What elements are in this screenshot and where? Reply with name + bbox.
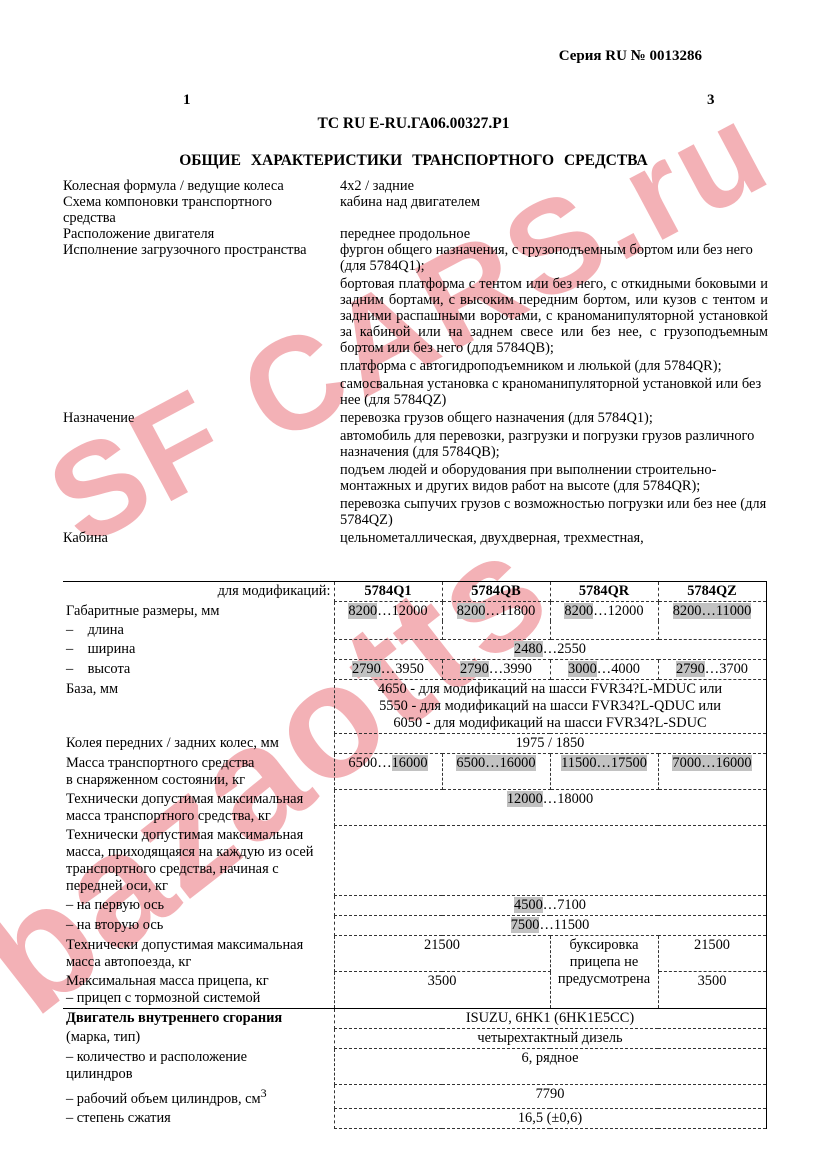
column-header-5784qr: 5784QR [550,582,658,602]
purpose-item: подъем людей и оборудования при выполнен… [340,462,768,494]
engine-type-cell: четырехтактный дизель [334,1028,766,1048]
row-trailer-mass: Максимальная масса прицепа, кг – прицеп … [63,972,766,1009]
curb-mass-cell: 11500…17500 [550,754,658,790]
row-engine-type: (марка, тип) четырехтактный дизель [63,1028,766,1048]
column-header-5784qb: 5784QB [442,582,550,602]
section-title: ОБЩИЕ ХАРАКТЕРИСТИКИ ТРАНСПОРТНОГО СРЕДС… [0,152,827,170]
length-cell: 8200…12000 [334,602,442,640]
row-track: Колея передних / задних колес, мм 1975 /… [63,734,766,754]
axle1-cell: 4500…7100 [334,896,766,916]
spec-value: переднее продольное [340,226,768,242]
curb-mass-cell: 6500…16000 [334,754,442,790]
row-cylinders-label: – количество и расположение цилиндров [63,1048,334,1084]
axle-masses-empty-cell [334,826,766,896]
spec-row-layout-scheme: Схема компоновки транспортного средства … [63,194,768,226]
row-wheelbase-label: База, мм [63,680,334,734]
highlighted-value: 6500…16000 [456,755,535,771]
row-axle1-label: – на первую ось [63,896,334,916]
height-cell: 2790…3990 [442,660,550,680]
no-towing-cell: буксировка прицепа не предусмотрена [550,936,658,1009]
row-engine-make: Двигатель внутреннего сгорания ISUZU, 6H… [63,1008,766,1028]
wheelbase-line: 6050 - для модификаций на шасси FVR34?L-… [338,715,763,732]
curb-mass-cell: 7000…16000 [658,754,766,790]
row-axle-masses: Технически допустимая максимальная масса… [63,826,766,896]
cargo-space-item: платформа с автогидроподъемником и люльк… [340,358,768,374]
length-cell: 8200…11800 [442,602,550,640]
purpose-item: перевозка сыпучих грузов с возможностью … [340,496,768,528]
height-cell: 2790…3700 [658,660,766,680]
trailer-mass-cell: 3500 [334,972,550,1009]
spec-row-purpose: Назначение перевозка грузов общего назна… [63,410,768,530]
highlighted-value: 7500 [511,917,540,933]
highlighted-value: 2790 [352,661,381,677]
highlighted-value: 7000…16000 [672,755,751,771]
height-cell: 3000…4000 [550,660,658,680]
row-engine-type-label: (марка, тип) [63,1028,334,1048]
highlighted-value: 8200…11000 [673,603,752,619]
highlighted-value: 8200 [564,603,593,619]
spec-label: Назначение [63,410,340,426]
row-wheelbase: База, мм 4650 - для модификаций на шасси… [63,680,766,734]
row-axle2-label: – на вторую ось [63,916,334,936]
row-train-mass-label: Технически допустимая максимальная масса… [63,936,334,972]
track-cell: 1975 / 1850 [334,734,766,754]
row-displacement-label: – рабочий объем цилиндров, см3 [63,1084,334,1109]
highlighted-value: 2790 [460,661,489,677]
column-header-5784q1: 5784Q1 [334,582,442,602]
displacement-cell: 7790 [334,1084,766,1109]
spec-label: Колесная формула / ведущие колеса [63,178,340,194]
spec-row-engine-location: Расположение двигателя переднее продольн… [63,226,768,242]
row-width: – ширина 2480…2550 [63,640,766,660]
wheelbase-cell: 4650 - для модификаций на шасси FVR34?L-… [334,680,766,734]
series-number: Серия RU № 0013286 [559,48,702,65]
row-height: – высота 2790…3950 2790…3990 3000…4000 2… [63,660,766,680]
trailer-mass-cell: 3500 [658,972,766,1009]
wheelbase-line: 4650 - для модификаций на шасси FVR34?L-… [338,681,763,698]
highlighted-value: 2790 [676,661,705,677]
mods-header-label: для модификаций: [63,582,334,602]
highlighted-value: 12000 [507,791,543,807]
purpose-item: перевозка грузов общего назначения (для … [340,410,768,426]
train-mass-cell: 21500 [658,936,766,972]
cargo-space-item: фургон общего назначения, с грузоподъемн… [340,242,768,274]
height-cell: 2790…3950 [334,660,442,680]
width-cell: 2480…2550 [334,640,766,660]
cylinders-cell: 6, рядное [334,1048,766,1084]
spec-label: Исполнение загрузочного пространства [63,242,340,258]
highlighted-value: 11500…17500 [561,755,647,771]
row-width-label: – ширина [63,640,334,660]
length-cell: 8200…12000 [550,602,658,640]
row-compression-label: – степень сжатия [63,1109,334,1129]
curb-mass-cell: 6500…16000 [442,754,550,790]
spec-value: перевозка грузов общего назначения (для … [340,410,768,530]
row-compression: – степень сжатия 16,5 (±0,6) [63,1109,766,1129]
engine-make-cell: ISUZU, 6HK1 (6HK1E5CC) [334,1008,766,1028]
row-trailer-mass-label: Максимальная масса прицепа, кг – прицеп … [63,972,334,1009]
length-cell: 8200…11000 [658,602,766,640]
row-engine-label: Двигатель внутреннего сгорания [63,1008,334,1028]
row-max-mass-label: Технически допустимая максимальная масса… [63,790,334,826]
document-content: Серия RU № 0013286 1 3 ТС RU Е-RU.ГА06.0… [0,0,827,1170]
row-max-mass: Технически допустимая максимальная масса… [63,790,766,826]
highlighted-value: 16000 [392,755,428,771]
purpose-item: автомобиль для перевозки, разгрузки и по… [340,428,768,460]
row-cylinders: – количество и расположение цилиндров 6,… [63,1048,766,1084]
spec-value: фургон общего назначения, с грузоподъемн… [340,242,768,410]
train-mass-cell: 21500 [334,936,550,972]
row-dimensions-label: Габаритные размеры, мм [63,602,334,621]
row-dimensions: Габаритные размеры, мм 8200…12000 8200…1… [63,602,766,621]
row-modifications-header: для модификаций: 5784Q1 5784QB 5784QR 57… [63,582,766,602]
max-mass-cell: 12000…18000 [334,790,766,826]
spec-row-wheel-formula: Колесная формула / ведущие колеса 4х2 / … [63,178,768,194]
spec-label: Расположение двигателя [63,226,340,242]
column-header-5784qz: 5784QZ [658,582,766,602]
modifications-table: для модификаций: 5784Q1 5784QB 5784QR 57… [63,581,767,1129]
row-axle-masses-label: Технически допустимая максимальная масса… [63,826,334,896]
page-number-left: 1 [183,92,191,109]
spec-label: Схема компоновки транспортного средства [63,194,340,226]
spec-row-cab: Кабина цельнометаллическая, двухдверная,… [63,530,768,546]
row-axle1: – на первую ось 4500…7100 [63,896,766,916]
highlighted-value: 3000 [568,661,597,677]
row-length-label: – длина [63,621,334,640]
page-number-right: 3 [707,92,715,109]
spec-row-cargo-space: Исполнение загрузочного пространства фур… [63,242,768,410]
approval-number: ТС RU Е-RU.ГА06.00327.Р1 [0,115,827,133]
row-curb-mass-label: Масса транспортного средства в снаряженн… [63,754,334,790]
row-displacement: – рабочий объем цилиндров, см3 7790 [63,1084,766,1109]
row-axle2: – на вторую ось 7500…11500 [63,916,766,936]
spec-label: Кабина [63,530,340,546]
cargo-space-item: самосвальная установка с краноманипулято… [340,376,768,408]
highlighted-value: 2480 [514,641,543,657]
spec-value: 4х2 / задние [340,178,768,194]
highlighted-value: 8200 [348,603,377,619]
spec-value: цельнометаллическая, двухдверная, трехме… [340,530,768,546]
row-height-label: – высота [63,660,334,680]
cargo-space-item: бортовая платформа с тентом или без него… [340,276,768,356]
document-page: SF CARS.ru bazaotts Серия RU № 0013286 1… [0,0,827,1170]
wheelbase-line: 5550 - для модификаций на шасси FVR34?L-… [338,698,763,715]
general-specs: Колесная формула / ведущие колеса 4х2 / … [63,178,768,546]
row-track-label: Колея передних / задних колес, мм [63,734,334,754]
superscript: 3 [261,1086,267,1100]
highlighted-value: 4500 [514,897,543,913]
compression-cell: 16,5 (±0,6) [334,1109,766,1129]
highlighted-value: 8200 [457,603,486,619]
spec-value: кабина над двигателем [340,194,768,210]
row-curb-mass: Масса транспортного средства в снаряженн… [63,754,766,790]
axle2-cell: 7500…11500 [334,916,766,936]
row-train-mass: Технически допустимая максимальная масса… [63,936,766,972]
